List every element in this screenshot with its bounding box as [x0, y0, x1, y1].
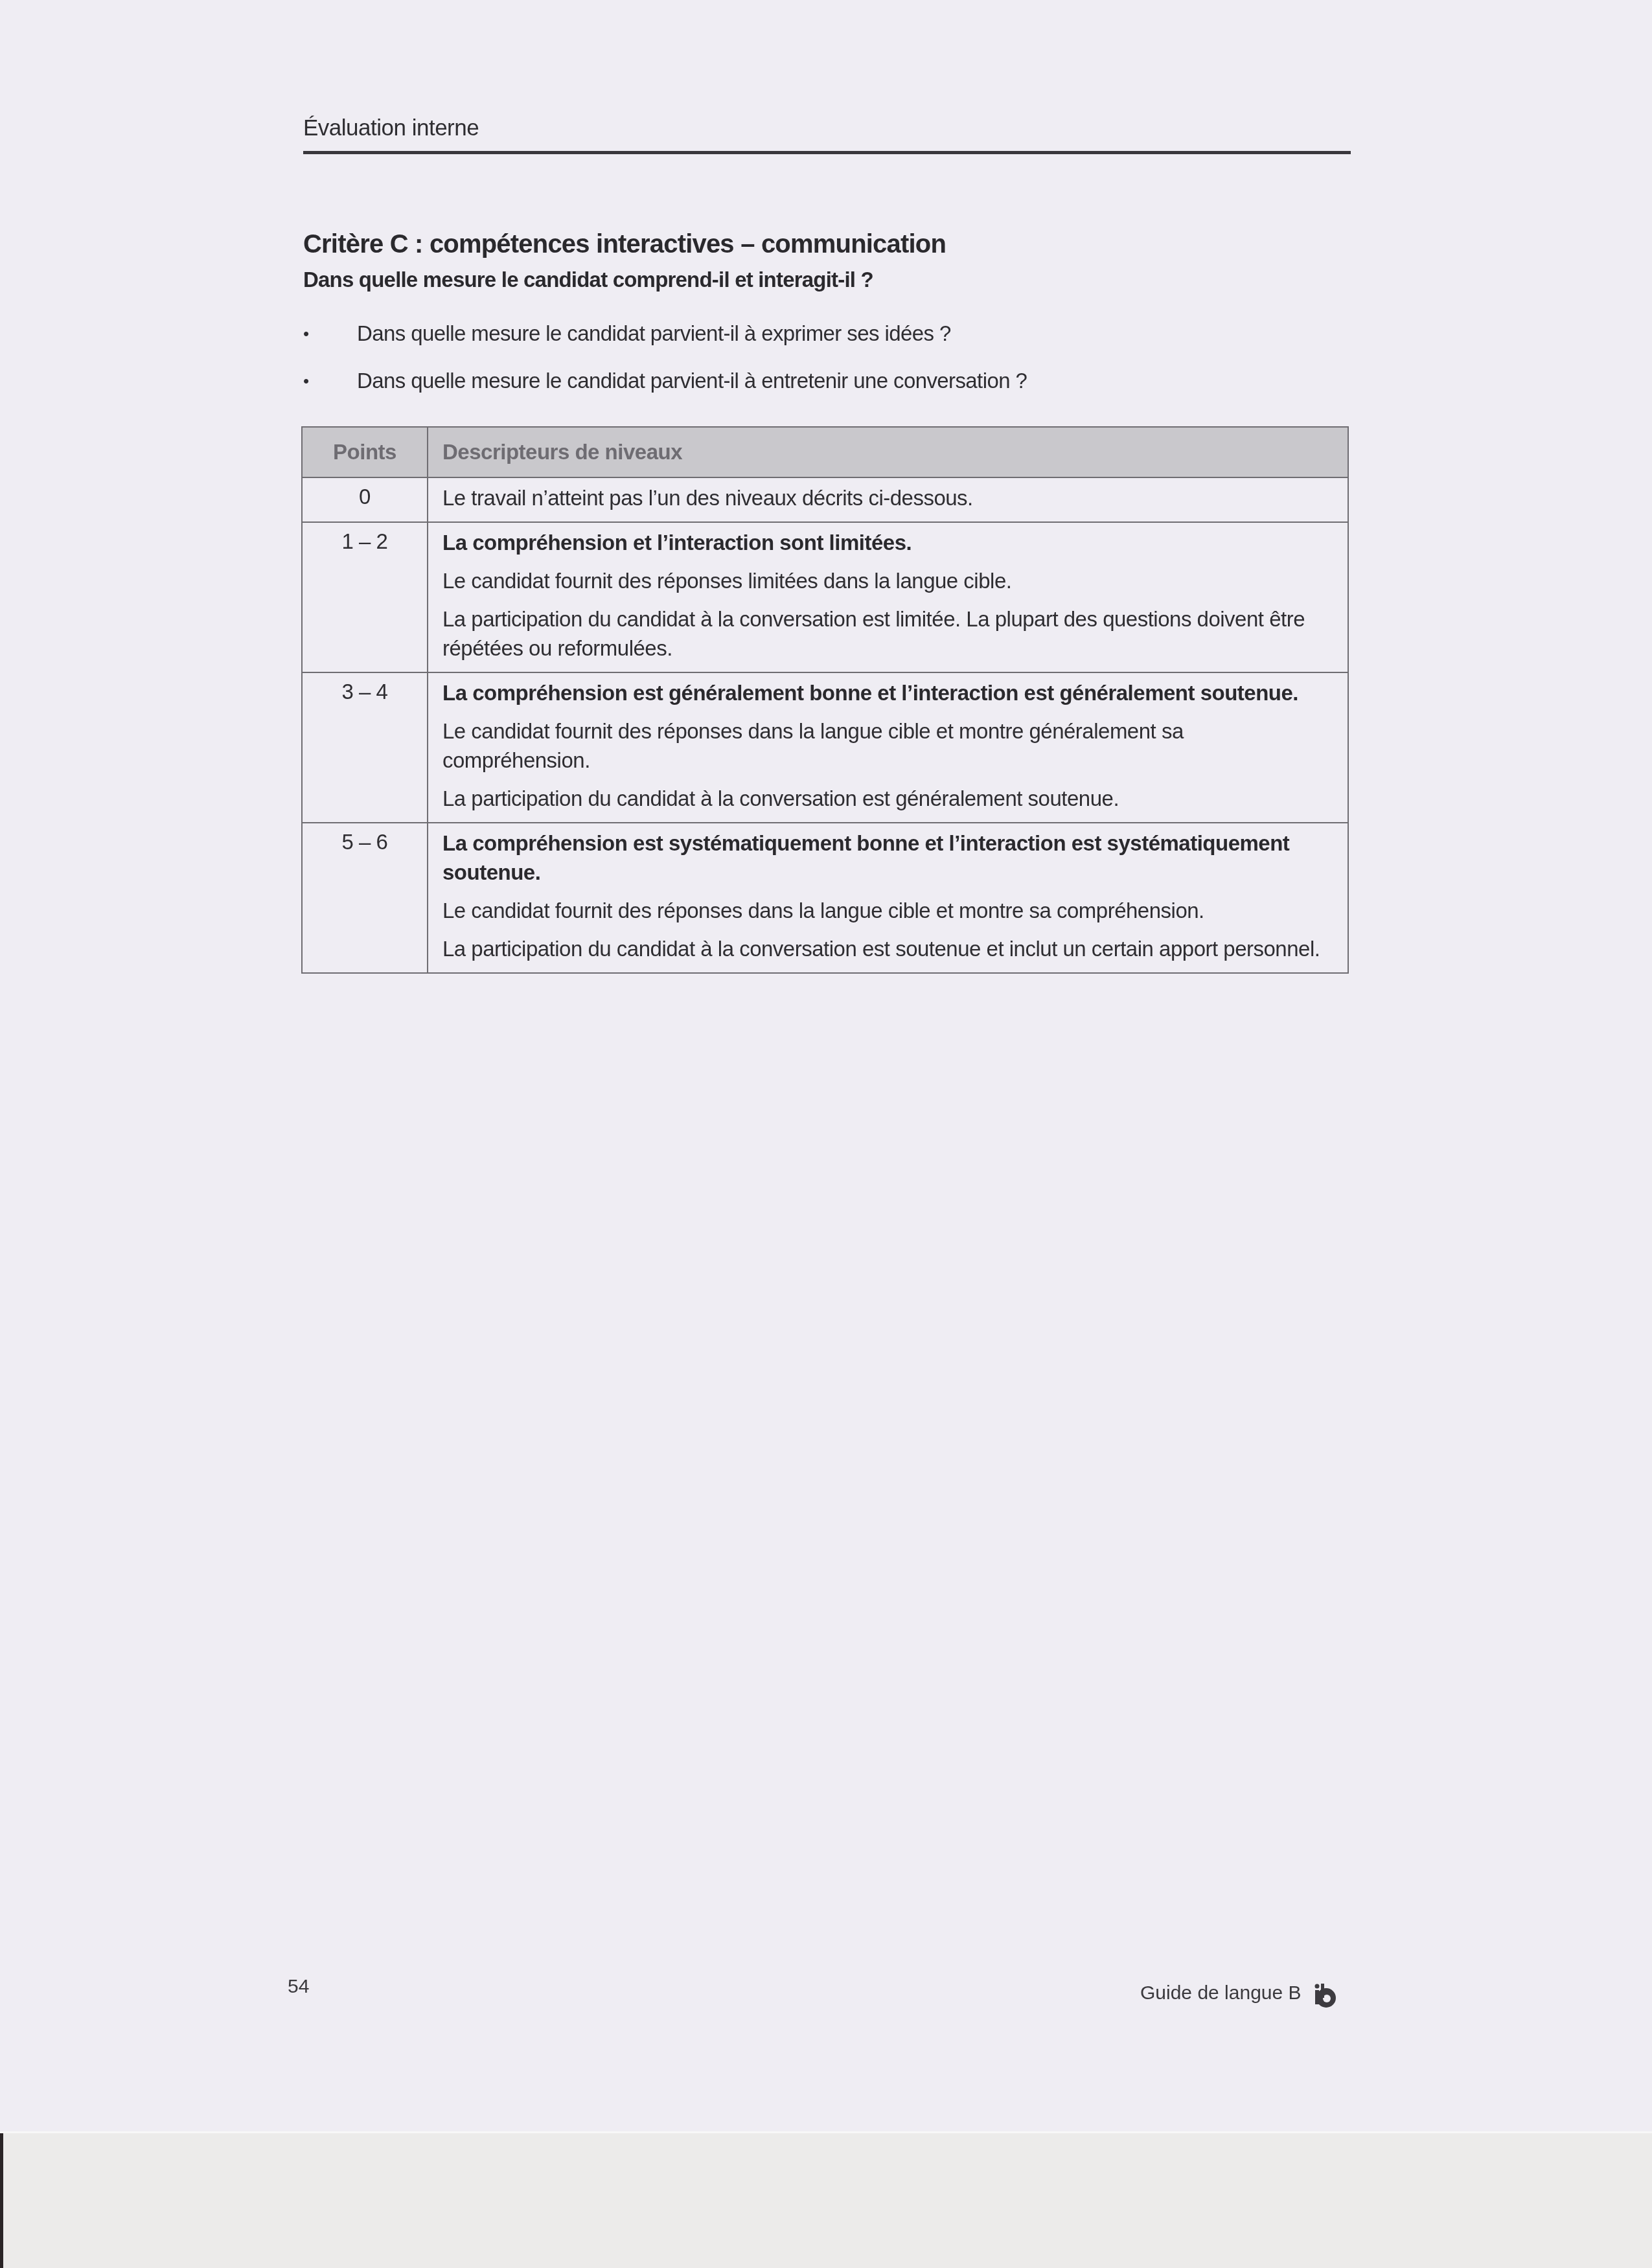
points-cell: 5 – 6 — [302, 823, 428, 973]
descriptor-line: Le candidat fournit des réponses limitée… — [442, 566, 1328, 595]
page-number: 54 — [288, 1976, 309, 1998]
bullet-icon: • — [303, 319, 309, 349]
scanner-bed-strip — [0, 2131, 1652, 2268]
table-row: 1 – 2 La compréhension et l’interaction … — [302, 522, 1348, 672]
descriptors-column-header: Descripteurs de niveaux — [428, 427, 1348, 477]
descriptor-lead: La compréhension est systématiquement bo… — [442, 829, 1328, 887]
descriptor-line: Le candidat fournit des réponses dans la… — [442, 716, 1328, 775]
running-head: Évaluation interne — [303, 115, 479, 141]
table-row: 5 – 6 La compréhension est systématiquem… — [302, 823, 1348, 973]
scanner-edge — [0, 2133, 3, 2268]
header-rule — [303, 151, 1351, 154]
descriptor-lead: La compréhension est généralement bonne … — [442, 678, 1328, 707]
descriptor-line: La participation du candidat à la conver… — [442, 784, 1328, 813]
criterion-subtitle: Dans quelle mesure le candidat comprend-… — [303, 268, 873, 292]
question-text: Dans quelle mesure le candidat parvient-… — [357, 319, 951, 349]
rubric-table: Points Descripteurs de niveaux 0 Le trav… — [301, 426, 1349, 974]
points-cell: 0 — [302, 477, 428, 522]
points-cell: 1 – 2 — [302, 522, 428, 672]
scanned-page: Évaluation interne Critère C : compétenc… — [0, 0, 1652, 2131]
descriptor-line: La participation du candidat à la conver… — [442, 934, 1328, 963]
ib-logo-icon — [1310, 1981, 1338, 2010]
table-row: 3 – 4 La compréhension est généralement … — [302, 672, 1348, 823]
descriptor-cell: Le travail n’atteint pas l’un des niveau… — [428, 477, 1348, 522]
bullet-icon: • — [303, 366, 309, 396]
table-row: 0 Le travail n’atteint pas l’un des nive… — [302, 477, 1348, 522]
points-column-header: Points — [302, 427, 428, 477]
descriptor-line: Le travail n’atteint pas l’un des niveau… — [442, 483, 1328, 512]
descriptor-cell: La compréhension est généralement bonne … — [428, 672, 1348, 823]
points-cell: 3 – 4 — [302, 672, 428, 823]
descriptor-cell: La compréhension est systématiquement bo… — [428, 823, 1348, 973]
descriptor-lead: La compréhension et l’interaction sont l… — [442, 528, 1328, 557]
rubric-header-row: Points Descripteurs de niveaux — [302, 427, 1348, 477]
descriptor-line: La participation du candidat à la conver… — [442, 604, 1328, 663]
descriptor-cell: La compréhension et l’interaction sont l… — [428, 522, 1348, 672]
question-text: Dans quelle mesure le candidat parvient-… — [357, 366, 1027, 396]
descriptor-line: Le candidat fournit des réponses dans la… — [442, 896, 1328, 925]
criterion-title: Critère C : compétences interactives – c… — [303, 230, 946, 259]
guide-title: Guide de langue B — [1140, 1982, 1302, 2004]
